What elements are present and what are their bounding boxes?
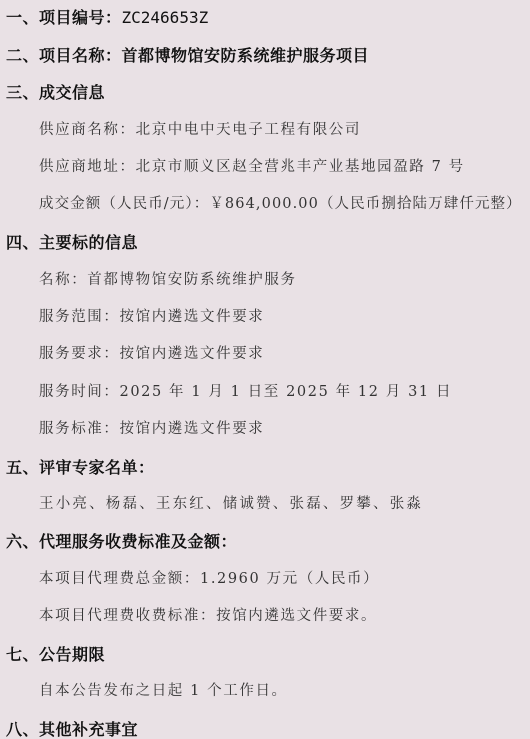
section-heading-main-subject: 四、主要标的信息 xyxy=(6,230,138,253)
section-heading-project-number: 一、项目编号：ZC246653Z xyxy=(6,5,208,28)
agency-fee-total: 本项目代理费总金额：1.2960 万元（人民币） xyxy=(39,567,379,588)
section-heading-other-matters: 八、其他补充事宜 xyxy=(6,717,138,739)
section-heading-agency-fee: 六、代理服务收费标准及金额： xyxy=(6,529,237,552)
subject-name: 名称：首都博物馆安防系统维护服务 xyxy=(39,268,297,289)
project-number-value: ZC246653Z xyxy=(122,8,209,27)
service-period: 服务时间：2025 年 1 月 1 日至 2025 年 12 月 31 日 xyxy=(39,380,452,401)
service-requirements: 服务要求：按馆内遴选文件要求 xyxy=(39,342,264,363)
section-heading-transaction-info: 三、成交信息 xyxy=(6,80,105,103)
service-scope: 服务范围：按馆内遴选文件要求 xyxy=(39,305,264,326)
section-heading-project-name: 二、项目名称：首都博物馆安防系统维护服务项目 xyxy=(6,43,369,66)
service-standard: 服务标准：按馆内遴选文件要求 xyxy=(39,417,264,438)
agency-fee-standard: 本项目代理费收费标准：按馆内遴选文件要求。 xyxy=(39,604,377,625)
supplier-address: 供应商地址：北京市顺义区赵全营兆丰产业基地园盈路 7 号 xyxy=(39,155,465,176)
heading-label: 一、项目编号： xyxy=(6,8,122,27)
transaction-amount: 成交金额（人民币/元）：￥864,000.00（人民币捌拾陆万肆仟元整） xyxy=(39,192,522,213)
announcement-period: 自本公告发布之日起 1 个工作日。 xyxy=(39,679,288,700)
supplier-name: 供应商名称：北京中电中天电子工程有限公司 xyxy=(39,118,361,139)
section-heading-announcement-period: 七、公告期限 xyxy=(6,642,105,665)
expert-list: 王小亮、杨磊、王东红、储诚赞、张磊、罗攀、张淼 xyxy=(39,492,423,513)
section-heading-review-experts: 五、评审专家名单： xyxy=(6,455,155,478)
